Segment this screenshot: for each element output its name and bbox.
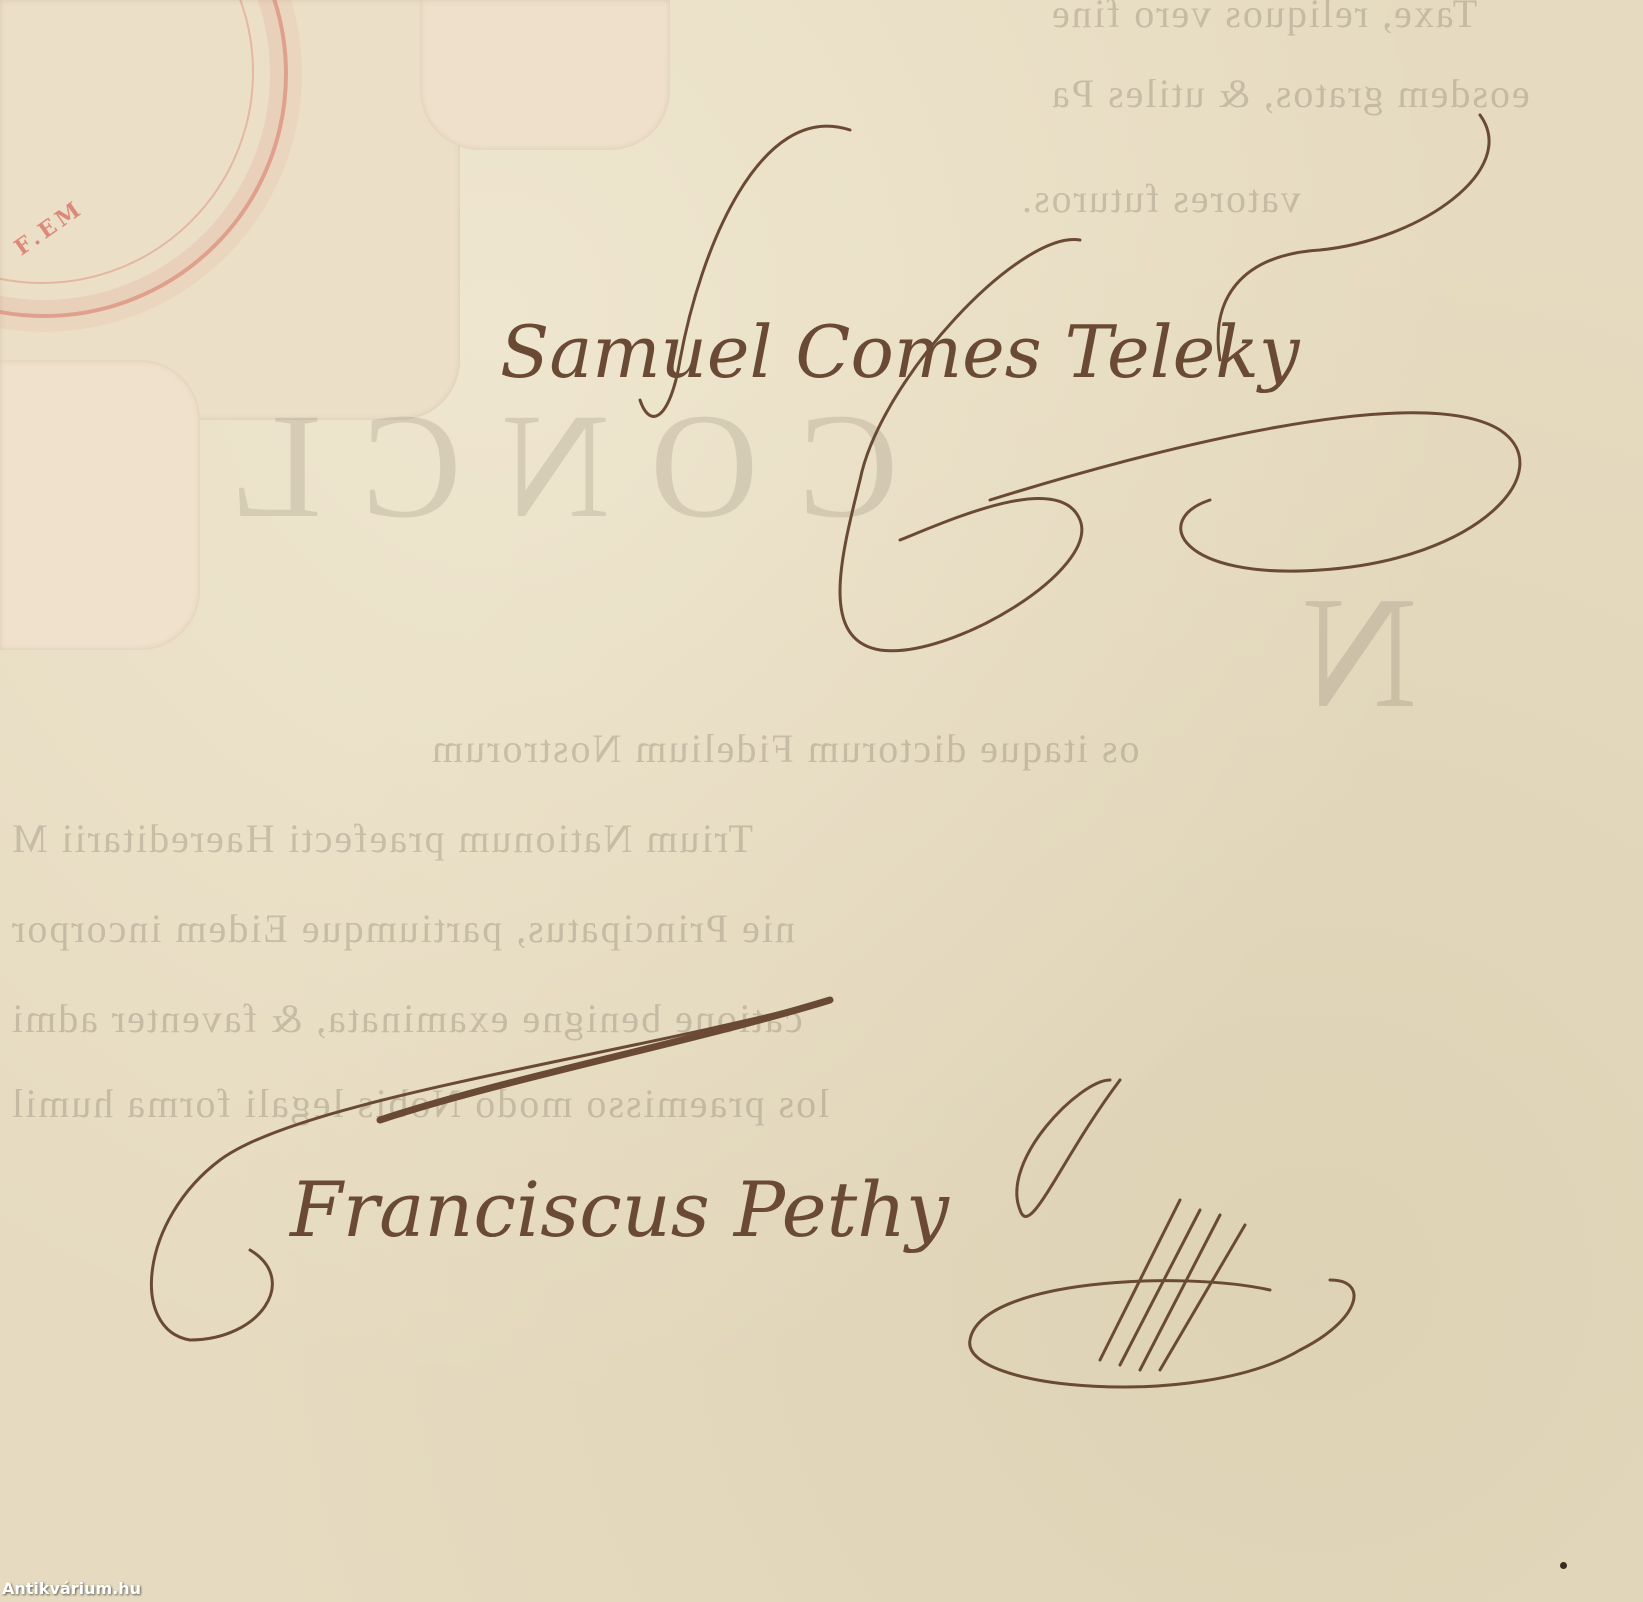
signature-text: Franciscus Pethy [290,1165,949,1254]
ink-spot [1560,1562,1567,1569]
signature-flourishes [0,0,1643,1602]
watermark: Antikvárium.hu [2,1579,141,1598]
signature-pethy: Franciscus Pethy [290,1165,949,1254]
